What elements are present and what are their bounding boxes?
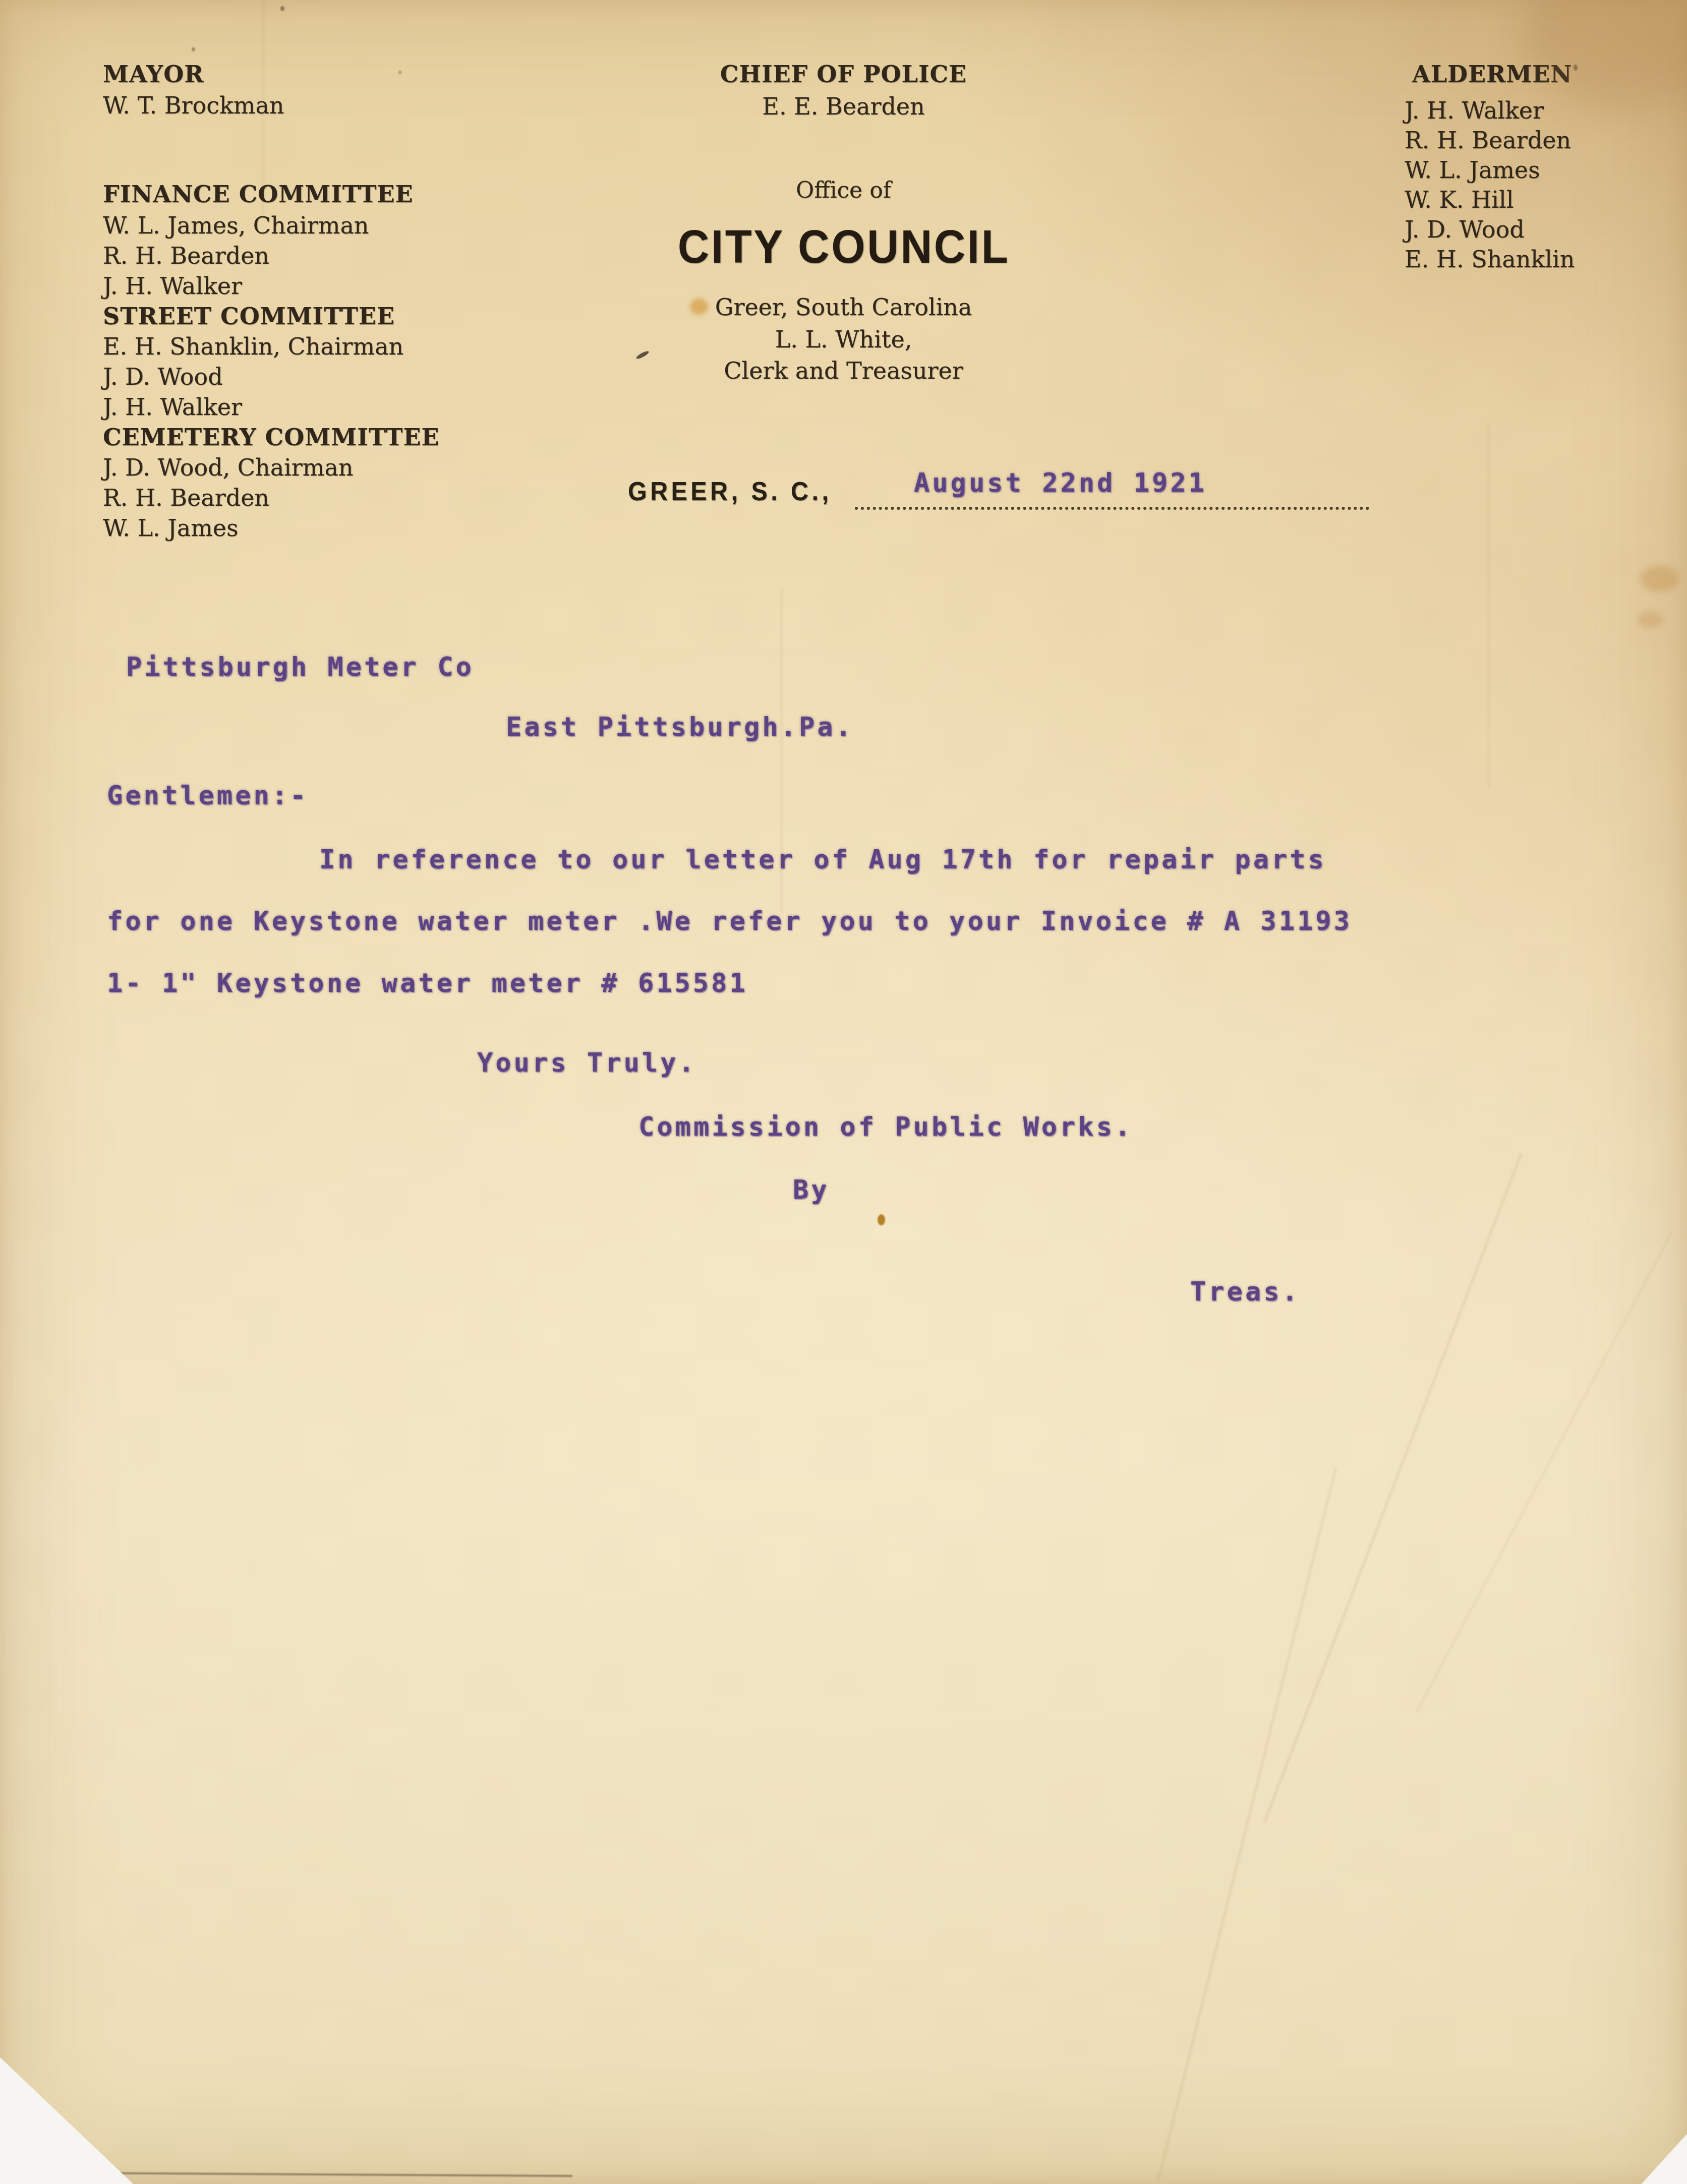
dateline-date: August 22nd 1921 [914,468,1207,498]
stray-ink-mark [635,350,650,360]
cemetery-committee-member: R. H. Bearden [103,484,269,511]
crease-line [1416,1232,1673,1714]
finance-committee-member: J. H. Walker [103,272,242,300]
dark-speck [398,71,401,74]
clerk-title: Clerk and Treasurer [724,357,963,384]
cemetery-committee-title: CEMETERY COMMITTEE [103,424,440,451]
signature-by-label: By [793,1175,830,1205]
finance-committee-member: R. H. Bearden [103,242,269,269]
salutation: Gentlemen:- [107,781,308,811]
street-committee-member: E. H. Shanklin, Chairman [103,333,403,360]
mayor-label: MAYOR [103,61,204,88]
crease-line [1156,1468,1336,2183]
corner-stain [1523,0,1687,111]
alderman-name: J. H. Walker [1405,97,1544,124]
foxing-spot [1640,566,1679,592]
crease-line [1488,424,1489,787]
dateline-rule [855,507,1369,510]
finance-committee-title: FINANCE COMMITTEE [103,181,414,208]
ink-blot-on-greer [690,299,708,315]
dateline-place: GREER, S. C., [628,477,832,507]
street-committee-title: STREET COMMITTEE [103,303,395,330]
alderman-name: R. H. Bearden [1405,127,1571,154]
aldermen-label: ALDERMEN [1412,61,1572,88]
body-line-2: for one Keystone water meter .We refer y… [107,906,1352,936]
dark-speck [192,47,195,51]
scanned-letter: MAYOR W. T. Brockman FINANCE COMMITTEE W… [0,0,1687,2184]
clerk-name: L. L. White, [775,326,912,353]
mayor-name: W. T. Brockman [103,92,284,119]
finance-committee-member: W. L. James, Chairman [103,212,369,239]
street-committee-member: J. H. Walker [103,393,242,421]
alderman-name: J. D. Wood [1405,216,1525,243]
body-line-3: 1- 1" Keystone water meter # 615581 [107,968,748,998]
dark-speck [280,6,284,11]
closing: Yours Truly. [477,1048,697,1078]
signature-title: Treas. [1190,1277,1300,1307]
alderman-name: W. K. Hill [1405,186,1514,213]
dark-speck [1574,65,1578,71]
cemetery-committee-member: W. L. James [103,514,239,542]
foxing-spot [1637,611,1663,628]
recipient-name: Pittsburgh Meter Co [126,652,474,682]
letter-page: MAYOR W. T. Brockman FINANCE COMMITTEE W… [0,0,1687,2184]
street-committee-member: J. D. Wood [103,363,223,390]
body-line-1: In reference to our letter of Aug 17th f… [319,845,1326,875]
crease-line [1264,1153,1523,1822]
bottom-edge-shadow [58,2172,572,2177]
chief-of-police-label: CHIEF OF POLICE [720,61,967,88]
office-of-label: Office of [796,178,891,203]
orange-speck [878,1214,885,1225]
cemetery-committee-member: J. D. Wood, Chairman [103,454,353,481]
chief-of-police-name: E. E. Bearden [762,93,924,120]
city-council-title: CITY COUNCIL [677,221,1010,274]
recipient-address: East Pittsburgh.Pa. [506,712,854,742]
signature-org: Commission of Public Works. [638,1112,1133,1142]
org-location: Greer, South Carolina [715,293,972,321]
alderman-name: E. H. Shanklin [1405,246,1575,273]
alderman-name: W. L. James [1405,156,1540,184]
